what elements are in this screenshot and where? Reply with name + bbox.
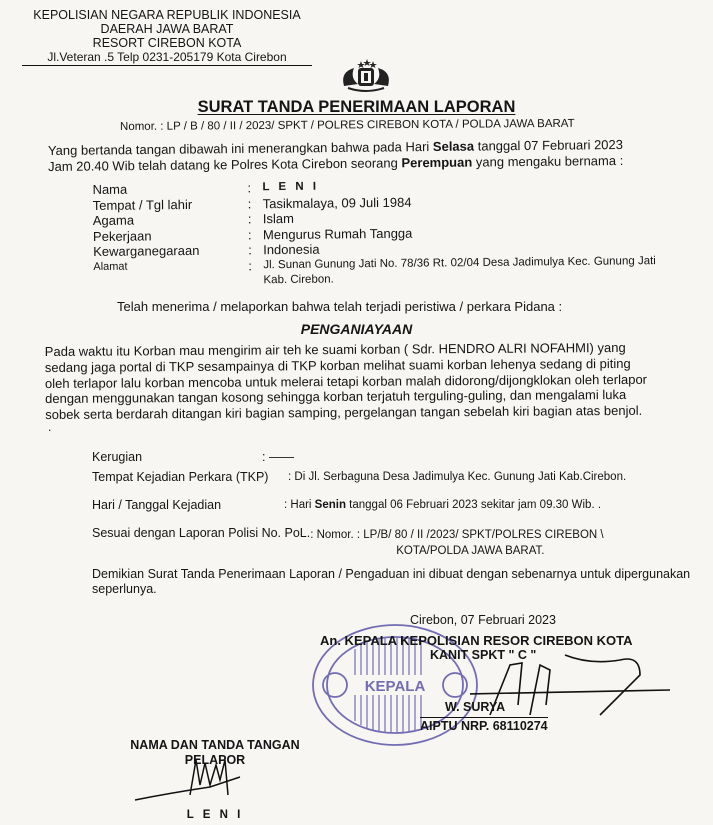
- detail-laporan-polisi: Sesuai dengan Laporan Polisi No. PoL. : …: [92, 526, 604, 559]
- detail-tkp: Tempat Kejadian Perkara (TKP): Di Jl. Se…: [92, 470, 626, 484]
- detail-hari-tanggal: Hari / Tanggal Kejadian: Hari Senin tang…: [92, 498, 601, 512]
- detail-kerugian: Kerugian: ——: [92, 450, 294, 464]
- stray-dot: .: [48, 420, 51, 434]
- reporter-signature: [130, 755, 270, 805]
- letterhead-address: Jl.Veteran .5 Telp 0231-205179 Kota Cire…: [22, 50, 312, 66]
- report-day: Selasa: [433, 139, 474, 154]
- narrative-line: sobek serta berdarah ditangan kiri bagia…: [45, 403, 705, 423]
- incident-day: Senin: [315, 499, 346, 511]
- letterhead-line-3: RESORT CIREBON KOTA: [22, 36, 312, 50]
- narrative: Pada waktu itu Korban mau mengirim air t…: [45, 339, 706, 423]
- intro-paragraph: Yang bertanda tangan dibawah ini meneran…: [48, 136, 708, 175]
- field-alamat: Alamat:Jl. Sunan Gunung Jati No. 78/36 R…: [93, 253, 683, 289]
- identity-fields: Nama:L E N I Tempat / Tgl lahir:Tasikmal…: [92, 176, 683, 290]
- officer-name: W. SURYA: [445, 700, 505, 714]
- closing-paragraph: Demikian Surat Tanda Penerimaan Laporan …: [92, 567, 692, 597]
- police-emblem-icon: [336, 58, 396, 94]
- officer-rank-nrp: AIPTU NRP. 68110274: [420, 717, 548, 733]
- letterhead-line-2: DAERAH JAWA BARAT: [22, 22, 312, 36]
- letterhead-line-1: KEPOLISIAN NEGARA REPUBLIK INDONESIA: [22, 8, 312, 22]
- svg-text:KEPALA: KEPALA: [365, 678, 426, 695]
- document-title: SURAT TANDA PENERIMAAN LAPORAN: [0, 98, 713, 117]
- statement: Telah menerima / melaporkan bahwa telah …: [117, 299, 562, 314]
- reporter-gender: Perempuan: [401, 155, 472, 171]
- letterhead: KEPOLISIAN NEGARA REPUBLIK INDONESIA DAE…: [22, 8, 312, 66]
- reporter-name: L E N I: [165, 809, 265, 821]
- crime-type: PENGANIAYAAN: [0, 321, 713, 337]
- signature-place-date: Cirebon, 07 Februari 2023: [320, 613, 680, 627]
- document-number: Nomor. : LP / B / 80 / II / 2023/ SPKT /…: [120, 118, 575, 133]
